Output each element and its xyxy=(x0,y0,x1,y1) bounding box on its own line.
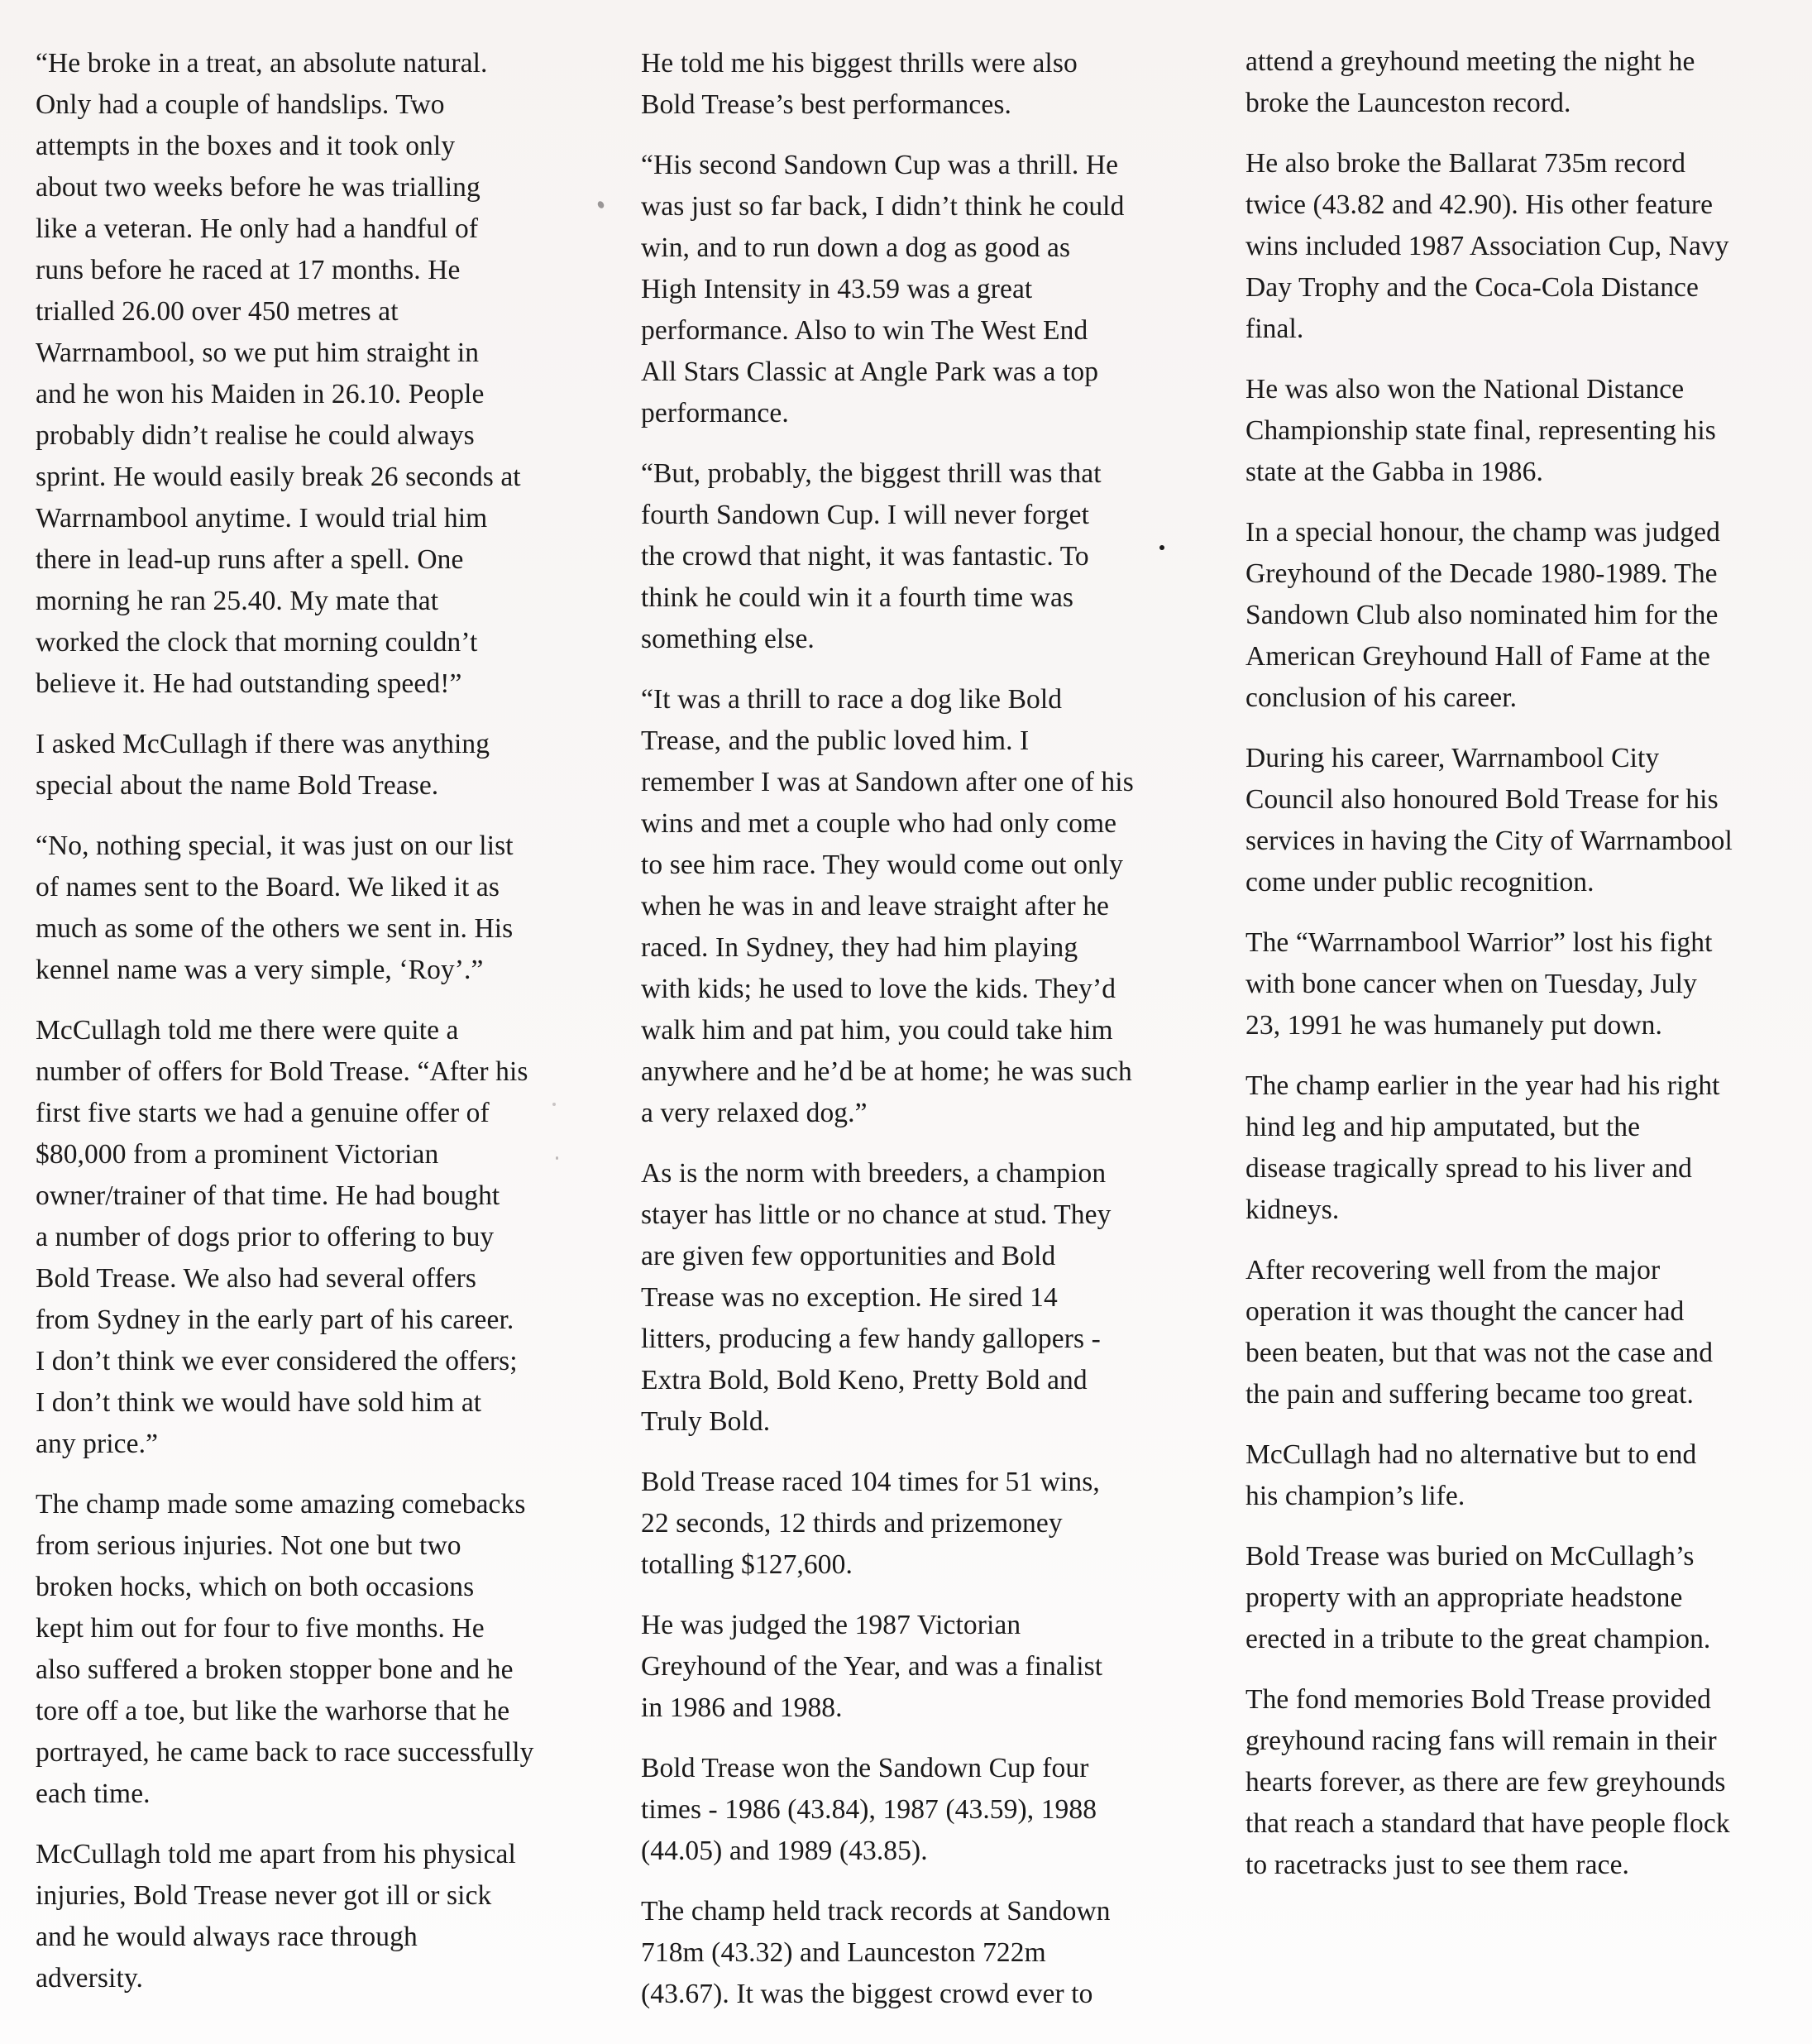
text-line: runs before he raced at 17 months. He xyxy=(36,250,606,291)
text-line: sprint. He would easily break 26 seconds… xyxy=(36,457,606,498)
text-line: probably didn’t realise he could always xyxy=(36,415,606,457)
text-line: The champ made some amazing comebacks xyxy=(36,1484,606,1525)
text-line: with kids; he used to love the kids. The… xyxy=(641,969,1212,1010)
paragraph: “It was a thrill to race a dog like Bold… xyxy=(641,679,1212,1134)
text-line: a very relaxed dog.” xyxy=(641,1093,1212,1134)
text-line: Sandown Club also nominated him for the xyxy=(1245,595,1812,636)
text-line: from Sydney in the early part of his car… xyxy=(36,1300,606,1341)
text-line: (43.67). It was the biggest crowd ever t… xyxy=(641,1974,1212,2015)
text-column-1: “He broke in a treat, an absolute natura… xyxy=(36,43,606,2018)
paragraph: Bold Trease raced 104 times for 51 wins,… xyxy=(641,1462,1212,1586)
text-line: kept him out for four to five months. He xyxy=(36,1608,606,1649)
text-line: tore off a toe, but like the warhorse th… xyxy=(36,1691,606,1732)
paragraph: “But, probably, the biggest thrill was t… xyxy=(641,453,1212,660)
text-column-3: attend a greyhound meeting the night heb… xyxy=(1245,41,1812,1905)
text-line: to see him race. They would come out onl… xyxy=(641,845,1212,886)
text-line: McCullagh told me there were quite a xyxy=(36,1010,606,1051)
text-line: also suffered a broken stopper bone and … xyxy=(36,1649,606,1691)
paragraph: As is the norm with breeders, a champion… xyxy=(641,1153,1212,1443)
text-line: He told me his biggest thrills were also xyxy=(641,43,1212,84)
text-line: “He broke in a treat, an absolute natura… xyxy=(36,43,606,84)
text-line: Bold Trease’s best performances. xyxy=(641,84,1212,126)
text-line: kennel name was a very simple, ‘Roy’.” xyxy=(36,950,606,991)
text-line: worked the clock that morning couldn’t xyxy=(36,622,606,663)
text-line: property with an appropriate headstone xyxy=(1245,1577,1812,1619)
text-line: Day Trophy and the Coca-Cola Distance xyxy=(1245,267,1812,309)
text-line: adversity. xyxy=(36,1958,606,1999)
text-line: Bold Trease raced 104 times for 51 wins, xyxy=(641,1462,1212,1503)
text-line: anywhere and he’d be at home; he was suc… xyxy=(641,1051,1212,1093)
text-line: 718m (43.32) and Launceston 722m xyxy=(641,1932,1212,1974)
text-line: As is the norm with breeders, a champion xyxy=(641,1153,1212,1194)
text-line: number of offers for Bold Trease. “After… xyxy=(36,1051,606,1093)
text-line: conclusion of his career. xyxy=(1245,677,1812,719)
text-line: operation it was thought the cancer had xyxy=(1245,1291,1812,1333)
text-line: McCullagh told me apart from his physica… xyxy=(36,1834,606,1875)
text-line: much as some of the others we sent in. H… xyxy=(36,908,606,950)
paragraph: McCullagh had no alternative but to endh… xyxy=(1245,1434,1812,1517)
paragraph: Bold Trease was buried on McCullagh’spro… xyxy=(1245,1536,1812,1660)
text-line: Bold Trease. We also had several offers xyxy=(36,1258,606,1300)
text-line: “No, nothing special, it was just on our… xyxy=(36,826,606,867)
text-line: $80,000 from a prominent Victorian xyxy=(36,1134,606,1175)
text-line: of names sent to the Board. We liked it … xyxy=(36,867,606,908)
text-line: are given few opportunities and Bold xyxy=(641,1236,1212,1277)
scan-dot xyxy=(1159,545,1164,550)
text-line: with bone cancer when on Tuesday, July xyxy=(1245,964,1812,1005)
text-line: Greyhound of the Decade 1980-1989. The xyxy=(1245,553,1812,595)
text-line: wins and met a couple who had only come xyxy=(641,803,1212,845)
paragraph: “His second Sandown Cup was a thrill. He… xyxy=(641,145,1212,434)
text-line: McCullagh had no alternative but to end xyxy=(1245,1434,1812,1476)
text-line: special about the name Bold Trease. xyxy=(36,765,606,807)
paragraph: Bold Trease won the Sandown Cup fourtime… xyxy=(641,1748,1212,1872)
paragraph: After recovering well from the majoroper… xyxy=(1245,1250,1812,1415)
text-line: broken hocks, which on both occasions xyxy=(36,1567,606,1608)
text-line: first five starts we had a genuine offer… xyxy=(36,1093,606,1134)
text-line: any price.” xyxy=(36,1424,606,1465)
text-line: attempts in the boxes and it took only xyxy=(36,126,606,167)
paragraph: The champ made some amazing comebacksfro… xyxy=(36,1484,606,1815)
text-line: The champ earlier in the year had his ri… xyxy=(1245,1065,1812,1107)
paragraph: McCullagh told me apart from his physica… xyxy=(36,1834,606,1999)
text-line: Trease, and the public loved him. I xyxy=(641,720,1212,762)
text-line: broke the Launceston record. xyxy=(1245,83,1812,124)
text-line: and he won his Maiden in 26.10. People xyxy=(36,374,606,415)
text-line: and he would always race through xyxy=(36,1917,606,1958)
text-line: greyhound racing fans will remain in the… xyxy=(1245,1721,1812,1762)
text-line: The champ held track records at Sandown xyxy=(641,1891,1212,1932)
text-line: (44.05) and 1989 (43.85). xyxy=(641,1831,1212,1872)
text-line: I don’t think we ever considered the off… xyxy=(36,1341,606,1382)
text-line: The “Warrnambool Warrior” lost his fight xyxy=(1245,922,1812,964)
text-line: in 1986 and 1988. xyxy=(641,1687,1212,1729)
text-line: He was judged the 1987 Victorian xyxy=(641,1605,1212,1646)
paragraph: During his career, Warrnambool CityCounc… xyxy=(1245,738,1812,903)
text-line: believe it. He had outstanding speed!” xyxy=(36,663,606,705)
text-line: totalling $127,600. xyxy=(641,1544,1212,1586)
text-line: final. xyxy=(1245,309,1812,350)
text-line: In a special honour, the champ was judge… xyxy=(1245,512,1812,553)
scanned-article-page: “He broke in a treat, an absolute natura… xyxy=(0,0,1812,2044)
text-line: 22 seconds, 12 thirds and prizemoney xyxy=(641,1503,1212,1544)
text-line: I don’t think we would have sold him at xyxy=(36,1382,606,1424)
text-line: stayer has little or no chance at stud. … xyxy=(641,1194,1212,1236)
text-line: All Stars Classic at Angle Park was a to… xyxy=(641,352,1212,393)
text-line: a number of dogs prior to offering to bu… xyxy=(36,1217,606,1258)
text-line: trialled 26.00 over 450 metres at xyxy=(36,291,606,333)
text-line: win, and to run down a dog as good as xyxy=(641,227,1212,269)
text-line: Only had a couple of handslips. Two xyxy=(36,84,606,126)
text-line: state at the Gabba in 1986. xyxy=(1245,452,1812,493)
text-line: 23, 1991 he was humanely put down. xyxy=(1245,1005,1812,1046)
text-line: Warrnambool anytime. I would trial him xyxy=(36,498,606,539)
text-line: “It was a thrill to race a dog like Bold xyxy=(641,679,1212,720)
paragraph: The “Warrnambool Warrior” lost his fight… xyxy=(1245,922,1812,1046)
text-line: performance. xyxy=(641,393,1212,434)
scan-speck xyxy=(552,1103,556,1106)
paragraph: He told me his biggest thrills were also… xyxy=(641,43,1212,126)
text-line: services in having the City of Warrnambo… xyxy=(1245,821,1812,862)
text-line: fourth Sandown Cup. I will never forget xyxy=(641,495,1212,536)
text-line: performance. Also to win The West End xyxy=(641,310,1212,352)
text-line: Bold Trease was buried on McCullagh’s xyxy=(1245,1536,1812,1577)
text-line: After recovering well from the major xyxy=(1245,1250,1812,1291)
text-line: something else. xyxy=(641,619,1212,660)
paragraph: He was also won the National DistanceCha… xyxy=(1245,369,1812,493)
paragraph: “He broke in a treat, an absolute natura… xyxy=(36,43,606,705)
text-line: when he was in and leave straight after … xyxy=(641,886,1212,927)
text-line: the pain and suffering became too great. xyxy=(1245,1374,1812,1415)
text-line: wins included 1987 Association Cup, Navy xyxy=(1245,226,1812,267)
paragraph: The champ held track records at Sandown7… xyxy=(641,1891,1212,2015)
text-line: come under public recognition. xyxy=(1245,862,1812,903)
text-line: think he could win it a fourth time was xyxy=(641,577,1212,619)
text-line: disease tragically spread to his liver a… xyxy=(1245,1148,1812,1190)
text-line: The fond memories Bold Trease provided xyxy=(1245,1679,1812,1721)
text-line: twice (43.82 and 42.90). His other featu… xyxy=(1245,184,1812,226)
text-line: He was also won the National Distance xyxy=(1245,369,1812,410)
paragraph: The fond memories Bold Trease providedgr… xyxy=(1245,1679,1812,1886)
text-line: Bold Trease won the Sandown Cup four xyxy=(641,1748,1212,1789)
paragraph: He also broke the Ballarat 735m recordtw… xyxy=(1245,143,1812,350)
text-line: attend a greyhound meeting the night he xyxy=(1245,41,1812,83)
paragraph: “No, nothing special, it was just on our… xyxy=(36,826,606,991)
text-line: He also broke the Ballarat 735m record xyxy=(1245,143,1812,184)
text-column-2: He told me his biggest thrills were also… xyxy=(641,43,1212,2034)
text-line: hearts forever, as there are few greyhou… xyxy=(1245,1762,1812,1803)
text-line: litters, producing a few handy gallopers… xyxy=(641,1319,1212,1360)
text-line: “But, probably, the biggest thrill was t… xyxy=(641,453,1212,495)
text-line: there in lead-up runs after a spell. One xyxy=(36,539,606,581)
text-line: was just so far back, I didn’t think he … xyxy=(641,186,1212,227)
text-line: kidneys. xyxy=(1245,1190,1812,1231)
text-line: Greyhound of the Year, and was a finalis… xyxy=(641,1646,1212,1687)
text-line: about two weeks before he was trialling xyxy=(36,167,606,208)
paragraph: In a special honour, the champ was judge… xyxy=(1245,512,1812,719)
scan-speck xyxy=(556,1156,558,1160)
text-line: raced. In Sydney, they had him playing xyxy=(641,927,1212,969)
text-line: High Intensity in 43.59 was a great xyxy=(641,269,1212,310)
paragraph: I asked McCullagh if there was anythings… xyxy=(36,724,606,807)
text-line: to racetracks just to see them race. xyxy=(1245,1845,1812,1886)
text-line: morning he ran 25.40. My mate that xyxy=(36,581,606,622)
text-line: I asked McCullagh if there was anything xyxy=(36,724,606,765)
text-line: from serious injuries. Not one but two xyxy=(36,1525,606,1567)
text-line: Truly Bold. xyxy=(641,1401,1212,1443)
paragraph: McCullagh told me there were quite anumb… xyxy=(36,1010,606,1465)
text-line: walk him and pat him, you could take him xyxy=(641,1010,1212,1051)
paragraph: attend a greyhound meeting the night heb… xyxy=(1245,41,1812,124)
text-line: owner/trainer of that time. He had bough… xyxy=(36,1175,606,1217)
text-line: times - 1986 (43.84), 1987 (43.59), 1988 xyxy=(641,1789,1212,1831)
text-line: “His second Sandown Cup was a thrill. He xyxy=(641,145,1212,186)
text-line: During his career, Warrnambool City xyxy=(1245,738,1812,779)
text-line: portrayed, he came back to race successf… xyxy=(36,1732,606,1774)
text-line: remember I was at Sandown after one of h… xyxy=(641,762,1212,803)
text-line: his champion’s life. xyxy=(1245,1476,1812,1517)
paragraph: He was judged the 1987 VictorianGreyhoun… xyxy=(641,1605,1212,1729)
text-line: injuries, Bold Trease never got ill or s… xyxy=(36,1875,606,1917)
text-line: the crowd that night, it was fantastic. … xyxy=(641,536,1212,577)
text-line: American Greyhound Hall of Fame at the xyxy=(1245,636,1812,677)
text-line: Trease was no exception. He sired 14 xyxy=(641,1277,1212,1319)
text-line: Extra Bold, Bold Keno, Pretty Bold and xyxy=(641,1360,1212,1401)
text-line: each time. xyxy=(36,1774,606,1815)
text-line: erected in a tribute to the great champi… xyxy=(1245,1619,1812,1660)
text-line: hind leg and hip amputated, but the xyxy=(1245,1107,1812,1148)
text-line: that reach a standard that have people f… xyxy=(1245,1803,1812,1845)
text-line: Warrnambool, so we put him straight in xyxy=(36,333,606,374)
text-line: been beaten, but that was not the case a… xyxy=(1245,1333,1812,1374)
text-line: Championship state final, representing h… xyxy=(1245,410,1812,452)
text-line: Council also honoured Bold Trease for hi… xyxy=(1245,779,1812,821)
text-line: like a veteran. He only had a handful of xyxy=(36,208,606,250)
paragraph: The champ earlier in the year had his ri… xyxy=(1245,1065,1812,1231)
